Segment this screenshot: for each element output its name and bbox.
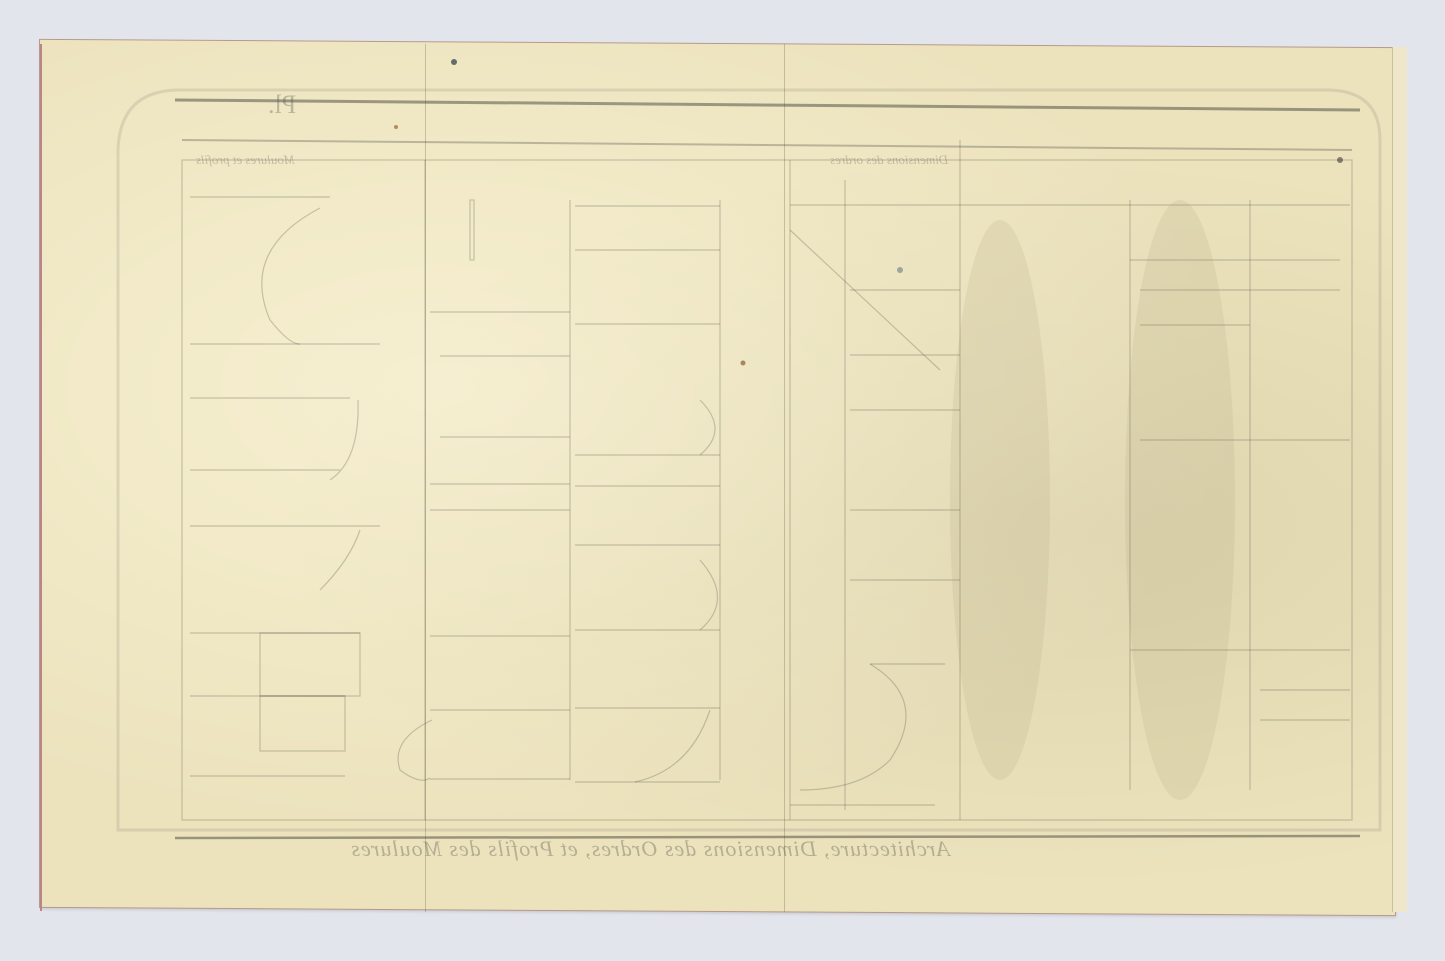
show-through-engraving <box>0 0 1445 961</box>
plate-header-right: Dimensions des ordres <box>830 152 948 168</box>
plate-caption: Architecture, Dimensions des Ordres, et … <box>330 836 950 862</box>
plate-number: Pl. <box>268 90 296 120</box>
plate-header-left: Moulures et profils <box>196 152 295 168</box>
